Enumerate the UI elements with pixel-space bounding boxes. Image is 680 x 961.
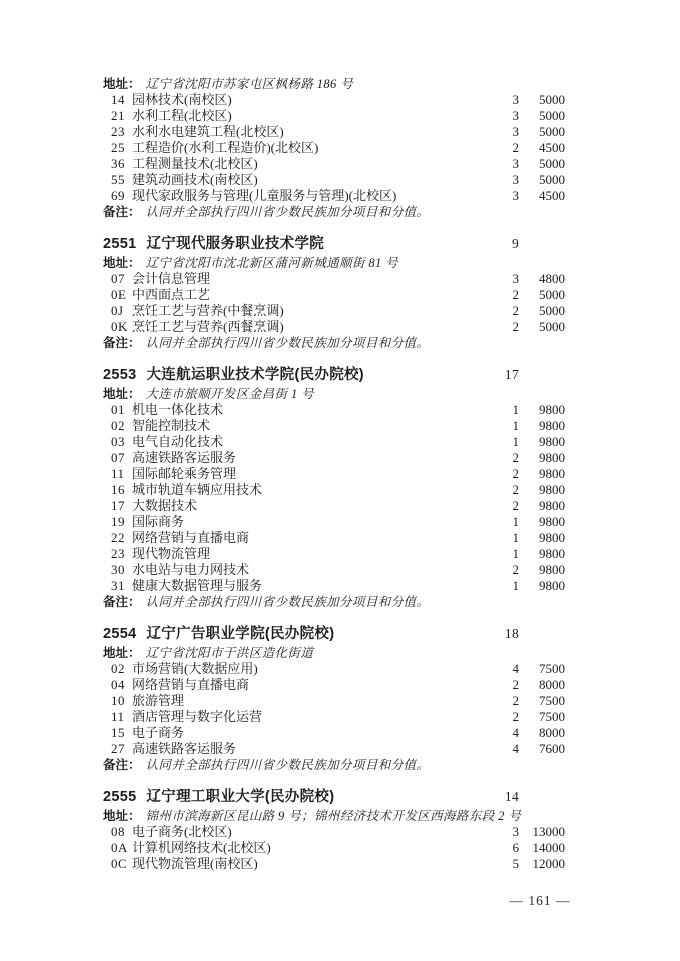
- major-tuition-fee: 9800: [519, 466, 565, 482]
- institution-header: 2555辽宁理工职业大学(民办院校)14: [103, 786, 565, 808]
- major-row: 0E中西面点工艺25000: [103, 287, 565, 303]
- major-name: 电子商务: [132, 725, 479, 741]
- address-line: 地址：辽宁省沈阳市苏家屯区枫杨路 186 号: [103, 76, 565, 92]
- major-name: 国际邮轮乘务管理: [132, 466, 479, 482]
- major-seat-count: 2: [479, 693, 519, 709]
- major-row: 15电子商务48000: [103, 725, 565, 741]
- institution-code: 2554: [103, 623, 136, 645]
- major-row: 07高速铁路客运服务29800: [103, 450, 565, 466]
- major-name: 网络营销与直播电商: [132, 530, 479, 546]
- note-line: 备注：认同并全部执行四川省少数民族加分项目和分值。: [103, 204, 565, 220]
- major-seat-count: 3: [479, 92, 519, 108]
- note-label: 备注：: [103, 335, 141, 351]
- page-number: — 161 —: [495, 893, 585, 909]
- major-tuition-fee: 9800: [519, 562, 565, 578]
- major-tuition-fee: 12000: [519, 856, 565, 872]
- major-row: 0J烹饪工艺与营养(中餐烹调)25000: [103, 303, 565, 319]
- major-seat-count: 3: [479, 108, 519, 124]
- major-name: 计算机网络技术(北校区): [132, 840, 479, 856]
- institution-section: 2553大连航运职业技术学院(民办院校)17地址：大连市旅顺开发区金昌街 1 号…: [103, 364, 565, 610]
- note-text: 认同并全部执行四川省少数民族加分项目和分值。: [141, 204, 430, 220]
- address-label: 地址：: [103, 76, 141, 92]
- major-row: 23现代物流管理19800: [103, 546, 565, 562]
- major-name: 水利工程(北校区): [132, 108, 479, 124]
- major-row: 0A计算机网络技术(北校区)614000: [103, 840, 565, 856]
- major-seat-count: 2: [479, 287, 519, 303]
- major-seat-count: 1: [479, 434, 519, 450]
- major-code: 25: [111, 140, 132, 156]
- institution-total-seats: 9: [479, 233, 519, 255]
- major-name: 建筑动画技术(南校区): [132, 172, 479, 188]
- major-name: 现代家政服务与管理(儿童服务与管理)(北校区): [132, 188, 479, 204]
- major-name: 水电站与电力网技术: [132, 562, 479, 578]
- major-name: 健康大数据管理与服务: [132, 578, 479, 594]
- major-tuition-fee: 5000: [519, 92, 565, 108]
- major-code: 0J: [111, 303, 132, 319]
- institution-section: 2554辽宁广告职业学院(民办院校)18地址：辽宁省沈阳市于洪区造化街道02市场…: [103, 623, 565, 773]
- major-tuition-fee: 5000: [519, 303, 565, 319]
- major-seat-count: 5: [479, 856, 519, 872]
- major-seat-count: 1: [479, 578, 519, 594]
- major-name: 工程造价(水利工程造价)(北校区): [132, 140, 479, 156]
- major-code: 0A: [111, 840, 132, 856]
- address-text: 辽宁省沈阳市苏家屯区枫杨路 186 号: [141, 76, 354, 92]
- major-code: 11: [111, 466, 132, 482]
- note-label: 备注：: [103, 594, 141, 610]
- major-row: 14园林技术(南校区)35000: [103, 92, 565, 108]
- major-row: 27高速铁路客运服务47600: [103, 741, 565, 757]
- major-code: 36: [111, 156, 132, 172]
- major-seat-count: 2: [479, 677, 519, 693]
- major-tuition-fee: 4500: [519, 188, 565, 204]
- major-code: 07: [111, 271, 132, 287]
- institution-name: 辽宁广告职业学院(民办院校): [146, 623, 479, 645]
- address-line: 地址：锦州市滨海新区昆山路 9 号；锦州经济技术开发区西海路东段 2 号: [103, 808, 565, 824]
- major-seat-count: 2: [479, 319, 519, 335]
- major-code: 69: [111, 188, 132, 204]
- admission-plan-list: 地址：辽宁省沈阳市苏家屯区枫杨路 186 号14园林技术(南校区)3500021…: [103, 76, 565, 872]
- major-tuition-fee: 7500: [519, 661, 565, 677]
- major-code: 02: [111, 418, 132, 434]
- major-name: 高速铁路客运服务: [132, 450, 479, 466]
- major-seat-count: 3: [479, 271, 519, 287]
- address-text: 大连市旅顺开发区金昌街 1 号: [141, 386, 315, 402]
- address-line: 地址：辽宁省沈阳市于洪区造化街道: [103, 645, 565, 661]
- major-row: 0C现代物流管理(南校区)512000: [103, 856, 565, 872]
- major-code: 08: [111, 824, 132, 840]
- major-code: 15: [111, 725, 132, 741]
- institution-section: 2555辽宁理工职业大学(民办院校)14地址：锦州市滨海新区昆山路 9 号；锦州…: [103, 786, 565, 872]
- major-row: 08电子商务(北校区)313000: [103, 824, 565, 840]
- major-row: 22网络营销与直播电商19800: [103, 530, 565, 546]
- major-seat-count: 2: [479, 562, 519, 578]
- major-tuition-fee: 14000: [519, 840, 565, 856]
- major-row: 11酒店管理与数字化运营27500: [103, 709, 565, 725]
- major-row: 10旅游管理27500: [103, 693, 565, 709]
- major-row: 16城市轨道车辆应用技术29800: [103, 482, 565, 498]
- major-row: 01机电一体化技术19800: [103, 402, 565, 418]
- major-row: 02智能控制技术19800: [103, 418, 565, 434]
- major-seat-count: 1: [479, 530, 519, 546]
- major-tuition-fee: 5000: [519, 172, 565, 188]
- major-row: 03电气自动化技术19800: [103, 434, 565, 450]
- document-page: 地址：辽宁省沈阳市苏家屯区枫杨路 186 号14园林技术(南校区)3500021…: [0, 0, 680, 961]
- major-tuition-fee: 9800: [519, 402, 565, 418]
- major-row: 69现代家政服务与管理(儿童服务与管理)(北校区)34500: [103, 188, 565, 204]
- major-seat-count: 6: [479, 840, 519, 856]
- major-row: 31健康大数据管理与服务19800: [103, 578, 565, 594]
- major-row: 07会计信息管理34800: [103, 271, 565, 287]
- major-name: 国际商务: [132, 514, 479, 530]
- note-text: 认同并全部执行四川省少数民族加分项目和分值。: [141, 757, 430, 773]
- major-tuition-fee: 9800: [519, 578, 565, 594]
- address-label: 地址：: [103, 386, 141, 402]
- major-tuition-fee: 9800: [519, 434, 565, 450]
- major-code: 03: [111, 434, 132, 450]
- note-line: 备注：认同并全部执行四川省少数民族加分项目和分值。: [103, 757, 565, 773]
- institution-name: 辽宁现代服务职业技术学院: [146, 233, 479, 255]
- major-code: 04: [111, 677, 132, 693]
- major-seat-count: 1: [479, 402, 519, 418]
- major-row: 21水利工程(北校区)35000: [103, 108, 565, 124]
- major-tuition-fee: 9800: [519, 482, 565, 498]
- institution-name: 大连航运职业技术学院(民办院校): [146, 364, 479, 386]
- major-row: 02市场营销(大数据应用)47500: [103, 661, 565, 677]
- major-row: 55建筑动画技术(南校区)35000: [103, 172, 565, 188]
- major-tuition-fee: 5000: [519, 319, 565, 335]
- major-tuition-fee: 7500: [519, 709, 565, 725]
- major-tuition-fee: 9800: [519, 498, 565, 514]
- major-tuition-fee: 4800: [519, 271, 565, 287]
- major-row: 36工程测量技术(北校区)35000: [103, 156, 565, 172]
- address-label: 地址：: [103, 645, 141, 661]
- major-code: 23: [111, 546, 132, 562]
- institution-header: 2554辽宁广告职业学院(民办院校)18: [103, 623, 565, 645]
- major-code: 02: [111, 661, 132, 677]
- major-seat-count: 3: [479, 124, 519, 140]
- major-row: 11国际邮轮乘务管理29800: [103, 466, 565, 482]
- major-seat-count: 2: [479, 450, 519, 466]
- major-code: 55: [111, 172, 132, 188]
- major-seat-count: 3: [479, 172, 519, 188]
- major-tuition-fee: 5000: [519, 108, 565, 124]
- address-label: 地址：: [103, 255, 141, 271]
- major-row: 17大数据技术29800: [103, 498, 565, 514]
- major-row: 0K烹饪工艺与营养(西餐烹调)25000: [103, 319, 565, 335]
- major-name: 工程测量技术(北校区): [132, 156, 479, 172]
- major-name: 电子商务(北校区): [132, 824, 479, 840]
- institution-total-seats: 18: [479, 623, 519, 645]
- major-name: 现代物流管理(南校区): [132, 856, 479, 872]
- major-seat-count: 2: [479, 482, 519, 498]
- major-seat-count: 3: [479, 188, 519, 204]
- major-code: 21: [111, 108, 132, 124]
- major-code: 0E: [111, 287, 132, 303]
- major-code: 27: [111, 741, 132, 757]
- major-seat-count: 1: [479, 546, 519, 562]
- major-code: 16: [111, 482, 132, 498]
- major-seat-count: 4: [479, 661, 519, 677]
- note-label: 备注：: [103, 204, 141, 220]
- major-tuition-fee: 5000: [519, 124, 565, 140]
- institution-code: 2551: [103, 233, 136, 255]
- major-seat-count: 1: [479, 418, 519, 434]
- major-name: 高速铁路客运服务: [132, 741, 479, 757]
- major-seat-count: 2: [479, 140, 519, 156]
- major-code: 22: [111, 530, 132, 546]
- major-name: 电气自动化技术: [132, 434, 479, 450]
- note-label: 备注：: [103, 757, 141, 773]
- address-label: 地址：: [103, 808, 141, 824]
- major-name: 烹饪工艺与营养(中餐烹调): [132, 303, 479, 319]
- major-seat-count: 4: [479, 741, 519, 757]
- major-name: 会计信息管理: [132, 271, 479, 287]
- institution-code: 2555: [103, 786, 136, 808]
- institution-header: 2553大连航运职业技术学院(民办院校)17: [103, 364, 565, 386]
- address-line: 地址：大连市旅顺开发区金昌街 1 号: [103, 386, 565, 402]
- institution-section: 地址：辽宁省沈阳市苏家屯区枫杨路 186 号14园林技术(南校区)3500021…: [103, 76, 565, 220]
- major-tuition-fee: 8000: [519, 725, 565, 741]
- major-row: 25工程造价(水利工程造价)(北校区)24500: [103, 140, 565, 156]
- major-seat-count: 2: [479, 466, 519, 482]
- major-code: 19: [111, 514, 132, 530]
- address-text: 锦州市滨海新区昆山路 9 号；锦州经济技术开发区西海路东段 2 号: [141, 808, 522, 824]
- major-code: 10: [111, 693, 132, 709]
- major-name: 城市轨道车辆应用技术: [132, 482, 479, 498]
- major-code: 0K: [111, 319, 132, 335]
- major-code: 14: [111, 92, 132, 108]
- major-name: 网络营销与直播电商: [132, 677, 479, 693]
- address-text: 辽宁省沈阳市于洪区造化街道: [141, 645, 314, 661]
- major-row: 19国际商务19800: [103, 514, 565, 530]
- major-code: 11: [111, 709, 132, 725]
- major-tuition-fee: 9800: [519, 530, 565, 546]
- major-code: 17: [111, 498, 132, 514]
- major-seat-count: 2: [479, 709, 519, 725]
- major-name: 市场营销(大数据应用): [132, 661, 479, 677]
- major-seat-count: 2: [479, 498, 519, 514]
- major-name: 旅游管理: [132, 693, 479, 709]
- institution-total-seats: 14: [479, 786, 519, 808]
- institution-total-seats: 17: [479, 364, 519, 386]
- major-tuition-fee: 9800: [519, 514, 565, 530]
- major-name: 现代物流管理: [132, 546, 479, 562]
- major-tuition-fee: 13000: [519, 824, 565, 840]
- major-name: 烹饪工艺与营养(西餐烹调): [132, 319, 479, 335]
- major-code: 01: [111, 402, 132, 418]
- note-line: 备注：认同并全部执行四川省少数民族加分项目和分值。: [103, 335, 565, 351]
- major-code: 23: [111, 124, 132, 140]
- major-row: 30水电站与电力网技术29800: [103, 562, 565, 578]
- major-name: 智能控制技术: [132, 418, 479, 434]
- major-seat-count: 1: [479, 514, 519, 530]
- major-tuition-fee: 5000: [519, 156, 565, 172]
- major-name: 水利水电建筑工程(北校区): [132, 124, 479, 140]
- major-tuition-fee: 5000: [519, 287, 565, 303]
- major-tuition-fee: 9800: [519, 418, 565, 434]
- note-line: 备注：认同并全部执行四川省少数民族加分项目和分值。: [103, 594, 565, 610]
- major-seat-count: 3: [479, 824, 519, 840]
- major-tuition-fee: 8000: [519, 677, 565, 693]
- institution-code: 2553: [103, 364, 136, 386]
- major-name: 大数据技术: [132, 498, 479, 514]
- major-code: 0C: [111, 856, 132, 872]
- major-seat-count: 3: [479, 156, 519, 172]
- major-name: 中西面点工艺: [132, 287, 479, 303]
- major-name: 机电一体化技术: [132, 402, 479, 418]
- major-code: 31: [111, 578, 132, 594]
- note-text: 认同并全部执行四川省少数民族加分项目和分值。: [141, 335, 430, 351]
- major-row: 04网络营销与直播电商28000: [103, 677, 565, 693]
- major-code: 30: [111, 562, 132, 578]
- major-tuition-fee: 7500: [519, 693, 565, 709]
- major-tuition-fee: 9800: [519, 450, 565, 466]
- address-line: 地址：辽宁省沈阳市沈北新区蒲河新城通顺街 81 号: [103, 255, 565, 271]
- major-tuition-fee: 9800: [519, 546, 565, 562]
- major-name: 酒店管理与数字化运营: [132, 709, 479, 725]
- major-seat-count: 2: [479, 303, 519, 319]
- major-tuition-fee: 4500: [519, 140, 565, 156]
- major-code: 07: [111, 450, 132, 466]
- major-name: 园林技术(南校区): [132, 92, 479, 108]
- major-row: 23水利水电建筑工程(北校区)35000: [103, 124, 565, 140]
- address-text: 辽宁省沈阳市沈北新区蒲河新城通顺街 81 号: [141, 255, 399, 271]
- institution-header: 2551辽宁现代服务职业技术学院9: [103, 233, 565, 255]
- major-tuition-fee: 7600: [519, 741, 565, 757]
- major-seat-count: 4: [479, 725, 519, 741]
- note-text: 认同并全部执行四川省少数民族加分项目和分值。: [141, 594, 430, 610]
- institution-name: 辽宁理工职业大学(民办院校): [146, 786, 479, 808]
- institution-section: 2551辽宁现代服务职业技术学院9地址：辽宁省沈阳市沈北新区蒲河新城通顺街 81…: [103, 233, 565, 351]
